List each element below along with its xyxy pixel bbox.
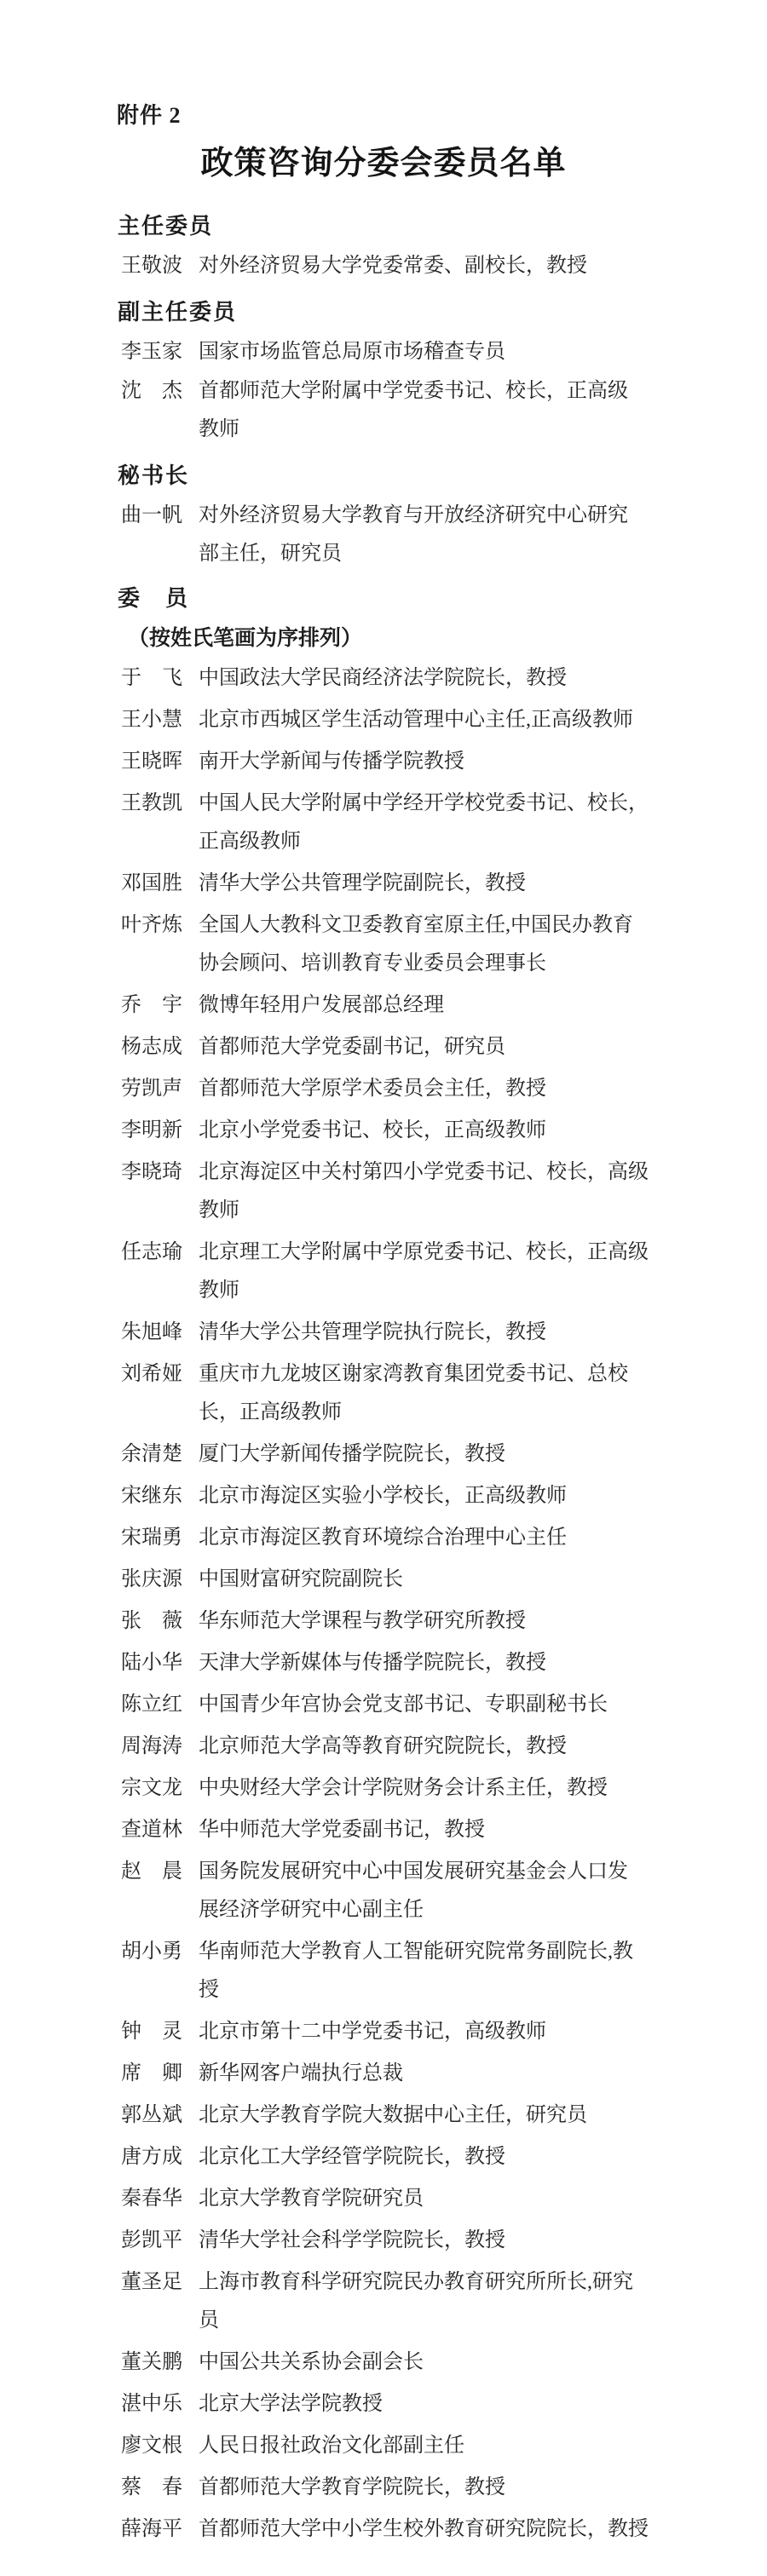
- member-entry: 廖文根人民日报社政治文化部副主任: [121, 2427, 716, 2465]
- member-title: 清华大学公共管理学院副院长，教授: [199, 865, 526, 903]
- member-title: 首都师范大学党委副书记，研究员: [199, 1028, 505, 1067]
- member-name: 董圣足: [121, 2263, 199, 2302]
- member-title-line: 对外经济贸易大学教育与开放经济研究中心研究: [199, 497, 628, 535]
- member-name: 胡小勇: [121, 1933, 199, 1971]
- member-title: 中央财经大学会计学院财务会计系主任，教授: [199, 1769, 608, 1808]
- member-title: 中国财富研究院副院长: [199, 1561, 403, 1599]
- section-heading: 主任委员: [118, 207, 716, 246]
- member-title: 华南师范大学教育人工智能研究院常务副院长,教授: [199, 1933, 633, 2010]
- member-entry: 沈 杰首都师范大学附属中学党委书记、校长，正高级教师: [121, 372, 716, 449]
- member-entry: 曲一帆对外经济贸易大学教育与开放经济研究中心研究部主任，研究员: [121, 497, 716, 573]
- member-name: 钟 灵: [121, 2013, 199, 2051]
- member-title-line: 天津大学新媒体与传播学院院长，教授: [199, 1644, 546, 1682]
- member-title-line: 北京化工大学经管学院院长，教授: [199, 2138, 505, 2176]
- member-title-line: 中国青少年宫协会党支部书记、专职副秘书长: [199, 1686, 608, 1724]
- member-name: 叶齐炼: [121, 906, 199, 945]
- member-title-line: 首都师范大学附属中学党委书记、校长，正高级: [199, 372, 628, 411]
- section: 秘书长曲一帆对外经济贸易大学教育与开放经济研究中心研究部主任，研究员: [121, 450, 716, 573]
- member-entry: 席 卿新华网客户端执行总裁: [121, 2055, 716, 2093]
- member-entry: 查道林华中师范大学党委副书记，教授: [121, 1811, 716, 1849]
- member-name: 周海涛: [121, 1728, 199, 1766]
- member-entry: 湛中乐北京大学法学院教授: [121, 2385, 716, 2424]
- member-entry: 刘希娅重庆市九龙坡区谢家湾教育集团党委书记、总校长，正高级教师: [121, 1355, 716, 1432]
- member-title: 中国青少年宫协会党支部书记、专职副秘书长: [199, 1686, 608, 1724]
- section: 主任委员王敬波对外经济贸易大学党委常委、副校长，教授: [121, 188, 716, 285]
- member-entry: 蔡 春首都师范大学教育学院院长，教授: [121, 2469, 716, 2507]
- member-title-line: 中央财经大学会计学院财务会计系主任，教授: [199, 1769, 608, 1808]
- member-name: 王晓晖: [121, 743, 199, 781]
- member-title: 上海市教育科学研究院民办教育研究所所长,研究员: [199, 2263, 633, 2340]
- member-entry: 薛海平首都师范大学中小学生校外教育研究院院长，教授: [121, 2510, 716, 2549]
- member-title-line: 人民日报社政治文化部副主任: [199, 2427, 464, 2465]
- member-title-line: 首都师范大学原学术委员会主任，教授: [199, 1070, 546, 1108]
- member-title: 北京海淀区中关村第四小学党委书记、校长，高级教师: [199, 1153, 649, 1230]
- member-title-line: 授: [199, 1971, 633, 2010]
- member-title: 首都师范大学中小学生校外教育研究院院长，教授: [199, 2510, 649, 2549]
- member-name: 唐方成: [121, 2138, 199, 2176]
- member-entry: 董圣足上海市教育科学研究院民办教育研究所所长,研究员: [121, 2263, 716, 2340]
- member-name: 朱旭峰: [121, 1314, 199, 1352]
- member-title-line: 北京市海淀区教育环境综合治理中心主任: [199, 1519, 567, 1557]
- member-name: 彭凯平: [121, 2222, 199, 2260]
- member-name: 郭丛斌: [121, 2096, 199, 2135]
- member-name: 赵 晨: [121, 1853, 199, 1891]
- member-entry: 唐方成北京化工大学经管学院院长，教授: [121, 2138, 716, 2176]
- member-title: 国务院发展研究中心中国发展研究基金会人口发展经济学研究中心副主任: [199, 1853, 628, 1929]
- section: 委 员（按姓氏笔画为序排列）于 飞中国政法大学民商经济法学院院长，教授王小慧北京…: [121, 574, 716, 2549]
- member-title-line: 清华大学公共管理学院副院长，教授: [199, 865, 526, 903]
- member-title: 北京市西城区学生活动管理中心主任,正高级教师: [199, 701, 633, 739]
- member-name: 宋继东: [121, 1477, 199, 1515]
- member-title: 北京大学教育学院大数据中心主任，研究员: [199, 2096, 587, 2135]
- member-title: 南开大学新闻与传播学院教授: [199, 743, 464, 781]
- member-title-line: 北京市第十二中学党委书记，高级教师: [199, 2013, 546, 2051]
- member-name: 李晓琦: [121, 1153, 199, 1192]
- member-title: 对外经济贸易大学教育与开放经济研究中心研究部主任，研究员: [199, 497, 628, 573]
- member-title: 北京小学党委书记、校长，正高级教师: [199, 1112, 546, 1150]
- member-title: 北京理工大学附属中学原党委书记、校长，正高级教师: [199, 1233, 649, 1310]
- member-title-line: 首都师范大学教育学院院长，教授: [199, 2469, 505, 2507]
- member-title: 北京化工大学经管学院院长，教授: [199, 2138, 505, 2176]
- member-name: 李明新: [121, 1112, 199, 1150]
- member-entry: 叶齐炼全国人大教科文卫委教育室原主任,中国民办教育协会顾问、培训教育专业委员会理…: [121, 906, 716, 983]
- member-title: 中国人民大学附属中学经开学校党委书记、校长，正高级教师: [199, 785, 649, 861]
- member-title: 首都师范大学附属中学党委书记、校长，正高级教师: [199, 372, 628, 449]
- member-name: 张庆源: [121, 1561, 199, 1599]
- member-entry: 赵 晨国务院发展研究中心中国发展研究基金会人口发展经济学研究中心副主任: [121, 1853, 716, 1929]
- member-title: 厦门大学新闻传播学院院长，教授: [199, 1435, 505, 1474]
- member-entry: 董关鹏中国公共关系协会副会长: [121, 2343, 716, 2382]
- member-entry: 杨志成首都师范大学党委副书记，研究员: [121, 1028, 716, 1067]
- member-title-line: 协会顾问、培训教育专业委员会理事长: [199, 945, 633, 983]
- member-name: 于 飞: [121, 659, 199, 698]
- member-title-line: 华中师范大学党委副书记，教授: [199, 1811, 485, 1849]
- member-title: 北京大学法学院教授: [199, 2385, 383, 2424]
- member-title-line: 首都师范大学党委副书记，研究员: [199, 1028, 505, 1067]
- member-title: 北京市第十二中学党委书记，高级教师: [199, 2013, 546, 2051]
- member-title-line: 国家市场监管总局原市场稽查专员: [199, 333, 505, 371]
- member-title: 华中师范大学党委副书记，教授: [199, 1811, 485, 1849]
- member-title: 北京市海淀区实验小学校长，正高级教师: [199, 1477, 567, 1515]
- member-title-line: 部主任，研究员: [199, 535, 628, 573]
- member-entry: 李晓琦北京海淀区中关村第四小学党委书记、校长，高级教师: [121, 1153, 716, 1230]
- member-name: 廖文根: [121, 2427, 199, 2465]
- member-entry: 彭凯平清华大学社会科学学院院长，教授: [121, 2222, 716, 2260]
- member-title: 首都师范大学原学术委员会主任，教授: [199, 1070, 546, 1108]
- member-title-line: 清华大学公共管理学院执行院长，教授: [199, 1314, 546, 1352]
- member-title-line: 华南师范大学教育人工智能研究院常务副院长,教: [199, 1933, 633, 1971]
- member-entry: 乔 宇微博年轻用户发展部总经理: [121, 986, 716, 1025]
- member-entry: 李明新北京小学党委书记、校长，正高级教师: [121, 1112, 716, 1150]
- section-heading: 副主任委员: [118, 293, 716, 332]
- member-title: 新华网客户端执行总裁: [199, 2055, 403, 2093]
- member-name: 王小慧: [121, 701, 199, 739]
- member-name: 陈立红: [121, 1686, 199, 1724]
- member-entry: 秦春华北京大学教育学院研究员: [121, 2180, 716, 2218]
- member-title-line: 教师: [199, 1192, 649, 1230]
- member-title-line: 北京海淀区中关村第四小学党委书记、校长，高级: [199, 1153, 649, 1192]
- member-title: 微博年轻用户发展部总经理: [199, 986, 444, 1025]
- member-entry: 周海涛北京师范大学高等教育研究院院长，教授: [121, 1728, 716, 1766]
- member-title-line: 北京大学教育学院大数据中心主任，研究员: [199, 2096, 587, 2135]
- member-title-line: 北京市海淀区实验小学校长，正高级教师: [199, 1477, 567, 1515]
- member-entry: 余清楚厦门大学新闻传播学院院长，教授: [121, 1435, 716, 1474]
- member-title-line: 重庆市九龙坡区谢家湾教育集团党委书记、总校: [199, 1355, 628, 1394]
- member-name: 邓国胜: [121, 865, 199, 903]
- member-name: 薛海平: [121, 2510, 199, 2549]
- section: 副主任委员李玉家国家市场监管总局原市场稽查专员沈 杰首都师范大学附属中学党委书记…: [121, 286, 716, 449]
- member-title: 清华大学社会科学学院院长，教授: [199, 2222, 505, 2260]
- member-name: 沈 杰: [121, 372, 199, 411]
- member-entry: 邓国胜清华大学公共管理学院副院长，教授: [121, 865, 716, 903]
- member-title-line: 教师: [199, 1272, 649, 1310]
- member-name: 蔡 春: [121, 2469, 199, 2507]
- member-title-line: 厦门大学新闻传播学院院长，教授: [199, 1435, 505, 1474]
- member-entry: 李玉家国家市场监管总局原市场稽查专员: [121, 333, 716, 371]
- member-name: 任志瑜: [121, 1233, 199, 1272]
- member-title-line: 北京大学法学院教授: [199, 2385, 383, 2424]
- member-title-line: 中国财富研究院副院长: [199, 1561, 403, 1599]
- member-name: 湛中乐: [121, 2385, 199, 2424]
- member-title-line: 中国公共关系协会副会长: [199, 2343, 424, 2382]
- member-title: 人民日报社政治文化部副主任: [199, 2427, 464, 2465]
- member-title-line: 首都师范大学中小学生校外教育研究院院长，教授: [199, 2510, 649, 2549]
- member-title-line: 北京大学教育学院研究员: [199, 2180, 424, 2218]
- member-title-line: 长，正高级教师: [199, 1394, 628, 1432]
- member-title: 北京师范大学高等教育研究院院长，教授: [199, 1728, 567, 1766]
- member-entry: 张庆源中国财富研究院副院长: [121, 1561, 716, 1599]
- member-title: 北京市海淀区教育环境综合治理中心主任: [199, 1519, 567, 1557]
- document-page: 附件 2 政策咨询分委会委员名单 主任委员王敬波对外经济贸易大学党委常委、副校长…: [0, 0, 767, 2576]
- member-name: 王敬波: [121, 247, 199, 285]
- member-name: 查道林: [121, 1811, 199, 1849]
- member-title-line: 对外经济贸易大学党委常委、副校长，教授: [199, 247, 587, 285]
- member-title-line: 中国政法大学民商经济法学院院长，教授: [199, 659, 567, 698]
- member-title-line: 全国人大教科文卫委教育室原主任,中国民办教育: [199, 906, 633, 945]
- member-title-line: 南开大学新闻与传播学院教授: [199, 743, 464, 781]
- member-title-line: 北京理工大学附属中学原党委书记、校长，正高级: [199, 1233, 649, 1272]
- member-name: 宗文龙: [121, 1769, 199, 1808]
- member-entry: 王教凯中国人民大学附属中学经开学校党委书记、校长，正高级教师: [121, 785, 716, 861]
- member-title: 全国人大教科文卫委教育室原主任,中国民办教育协会顾问、培训教育专业委员会理事长: [199, 906, 633, 983]
- section-heading: 秘书长: [118, 457, 716, 496]
- member-entry: 钟 灵北京市第十二中学党委书记，高级教师: [121, 2013, 716, 2051]
- member-entry: 王敬波对外经济贸易大学党委常委、副校长，教授: [121, 247, 716, 285]
- member-title-line: 华东师范大学课程与教学研究所教授: [199, 1602, 526, 1641]
- member-entry: 宗文龙中央财经大学会计学院财务会计系主任，教授: [121, 1769, 716, 1808]
- member-title-line: 北京师范大学高等教育研究院院长，教授: [199, 1728, 567, 1766]
- member-title: 重庆市九龙坡区谢家湾教育集团党委书记、总校长，正高级教师: [199, 1355, 628, 1432]
- member-title: 华东师范大学课程与教学研究所教授: [199, 1602, 526, 1641]
- member-name: 秦春华: [121, 2180, 199, 2218]
- member-entry: 王小慧北京市西城区学生活动管理中心主任,正高级教师: [121, 701, 716, 739]
- member-title-line: 员: [199, 2302, 633, 2340]
- member-entry: 王晓晖南开大学新闻与传播学院教授: [121, 743, 716, 781]
- member-name: 刘希娅: [121, 1355, 199, 1394]
- section-heading: 委 员: [118, 579, 716, 618]
- attachment-label: 附件 2: [117, 95, 716, 135]
- member-entry: 陈立红中国青少年宫协会党支部书记、专职副秘书长: [121, 1686, 716, 1724]
- member-name: 宋瑞勇: [121, 1519, 199, 1557]
- member-title-line: 微博年轻用户发展部总经理: [199, 986, 444, 1025]
- member-name: 余清楚: [121, 1435, 199, 1474]
- member-title: 天津大学新媒体与传播学院院长，教授: [199, 1644, 546, 1682]
- member-entry: 陆小华天津大学新媒体与传播学院院长，教授: [121, 1644, 716, 1682]
- member-title: 对外经济贸易大学党委常委、副校长，教授: [199, 247, 587, 285]
- member-entry: 张 薇华东师范大学课程与教学研究所教授: [121, 1602, 716, 1641]
- member-name: 王教凯: [121, 785, 199, 823]
- member-entry: 于 飞中国政法大学民商经济法学院院长，教授: [121, 659, 716, 698]
- member-title-line: 新华网客户端执行总裁: [199, 2055, 403, 2093]
- member-name: 杨志成: [121, 1028, 199, 1067]
- member-title-line: 教师: [199, 411, 628, 449]
- member-title-line: 中国人民大学附属中学经开学校党委书记、校长，: [199, 785, 649, 823]
- member-name: 张 薇: [121, 1602, 199, 1641]
- member-title-line: 清华大学社会科学学院院长，教授: [199, 2222, 505, 2260]
- member-entry: 郭丛斌北京大学教育学院大数据中心主任，研究员: [121, 2096, 716, 2135]
- member-entry: 朱旭峰清华大学公共管理学院执行院长，教授: [121, 1314, 716, 1352]
- member-title: 北京大学教育学院研究员: [199, 2180, 424, 2218]
- member-name: 董关鹏: [121, 2343, 199, 2382]
- member-title: 首都师范大学教育学院院长，教授: [199, 2469, 505, 2507]
- member-entry: 任志瑜北京理工大学附属中学原党委书记、校长，正高级教师: [121, 1233, 716, 1310]
- member-title-line: 国务院发展研究中心中国发展研究基金会人口发: [199, 1853, 628, 1891]
- member-name: 曲一帆: [121, 497, 199, 535]
- member-name: 陆小华: [121, 1644, 199, 1682]
- member-name: 李玉家: [121, 333, 199, 371]
- member-title-line: 北京小学党委书记、校长，正高级教师: [199, 1112, 546, 1150]
- member-name: 乔 宇: [121, 986, 199, 1025]
- member-name: 席 卿: [121, 2055, 199, 2093]
- member-title: 中国公共关系协会副会长: [199, 2343, 424, 2382]
- member-title: 中国政法大学民商经济法学院院长，教授: [199, 659, 567, 698]
- sort-order-note: （按姓氏笔画为序排列）: [128, 619, 716, 658]
- member-name: 劳凯声: [121, 1070, 199, 1108]
- member-title-line: 展经济学研究中心副主任: [199, 1891, 628, 1929]
- member-title: 清华大学公共管理学院执行院长，教授: [199, 1314, 546, 1352]
- sections: 主任委员王敬波对外经济贸易大学党委常委、副校长，教授副主任委员李玉家国家市场监管…: [121, 188, 716, 2549]
- member-title: 国家市场监管总局原市场稽查专员: [199, 333, 505, 371]
- member-title-line: 正高级教师: [199, 823, 649, 861]
- member-entry: 宋继东北京市海淀区实验小学校长，正高级教师: [121, 1477, 716, 1515]
- member-entry: 胡小勇华南师范大学教育人工智能研究院常务副院长,教授: [121, 1933, 716, 2010]
- page-title: 政策咨询分委会委员名单: [51, 139, 716, 188]
- member-title-line: 上海市教育科学研究院民办教育研究所所长,研究: [199, 2263, 633, 2302]
- member-entry: 劳凯声首都师范大学原学术委员会主任，教授: [121, 1070, 716, 1108]
- member-title-line: 北京市西城区学生活动管理中心主任,正高级教师: [199, 701, 633, 739]
- member-entry: 宋瑞勇北京市海淀区教育环境综合治理中心主任: [121, 1519, 716, 1557]
